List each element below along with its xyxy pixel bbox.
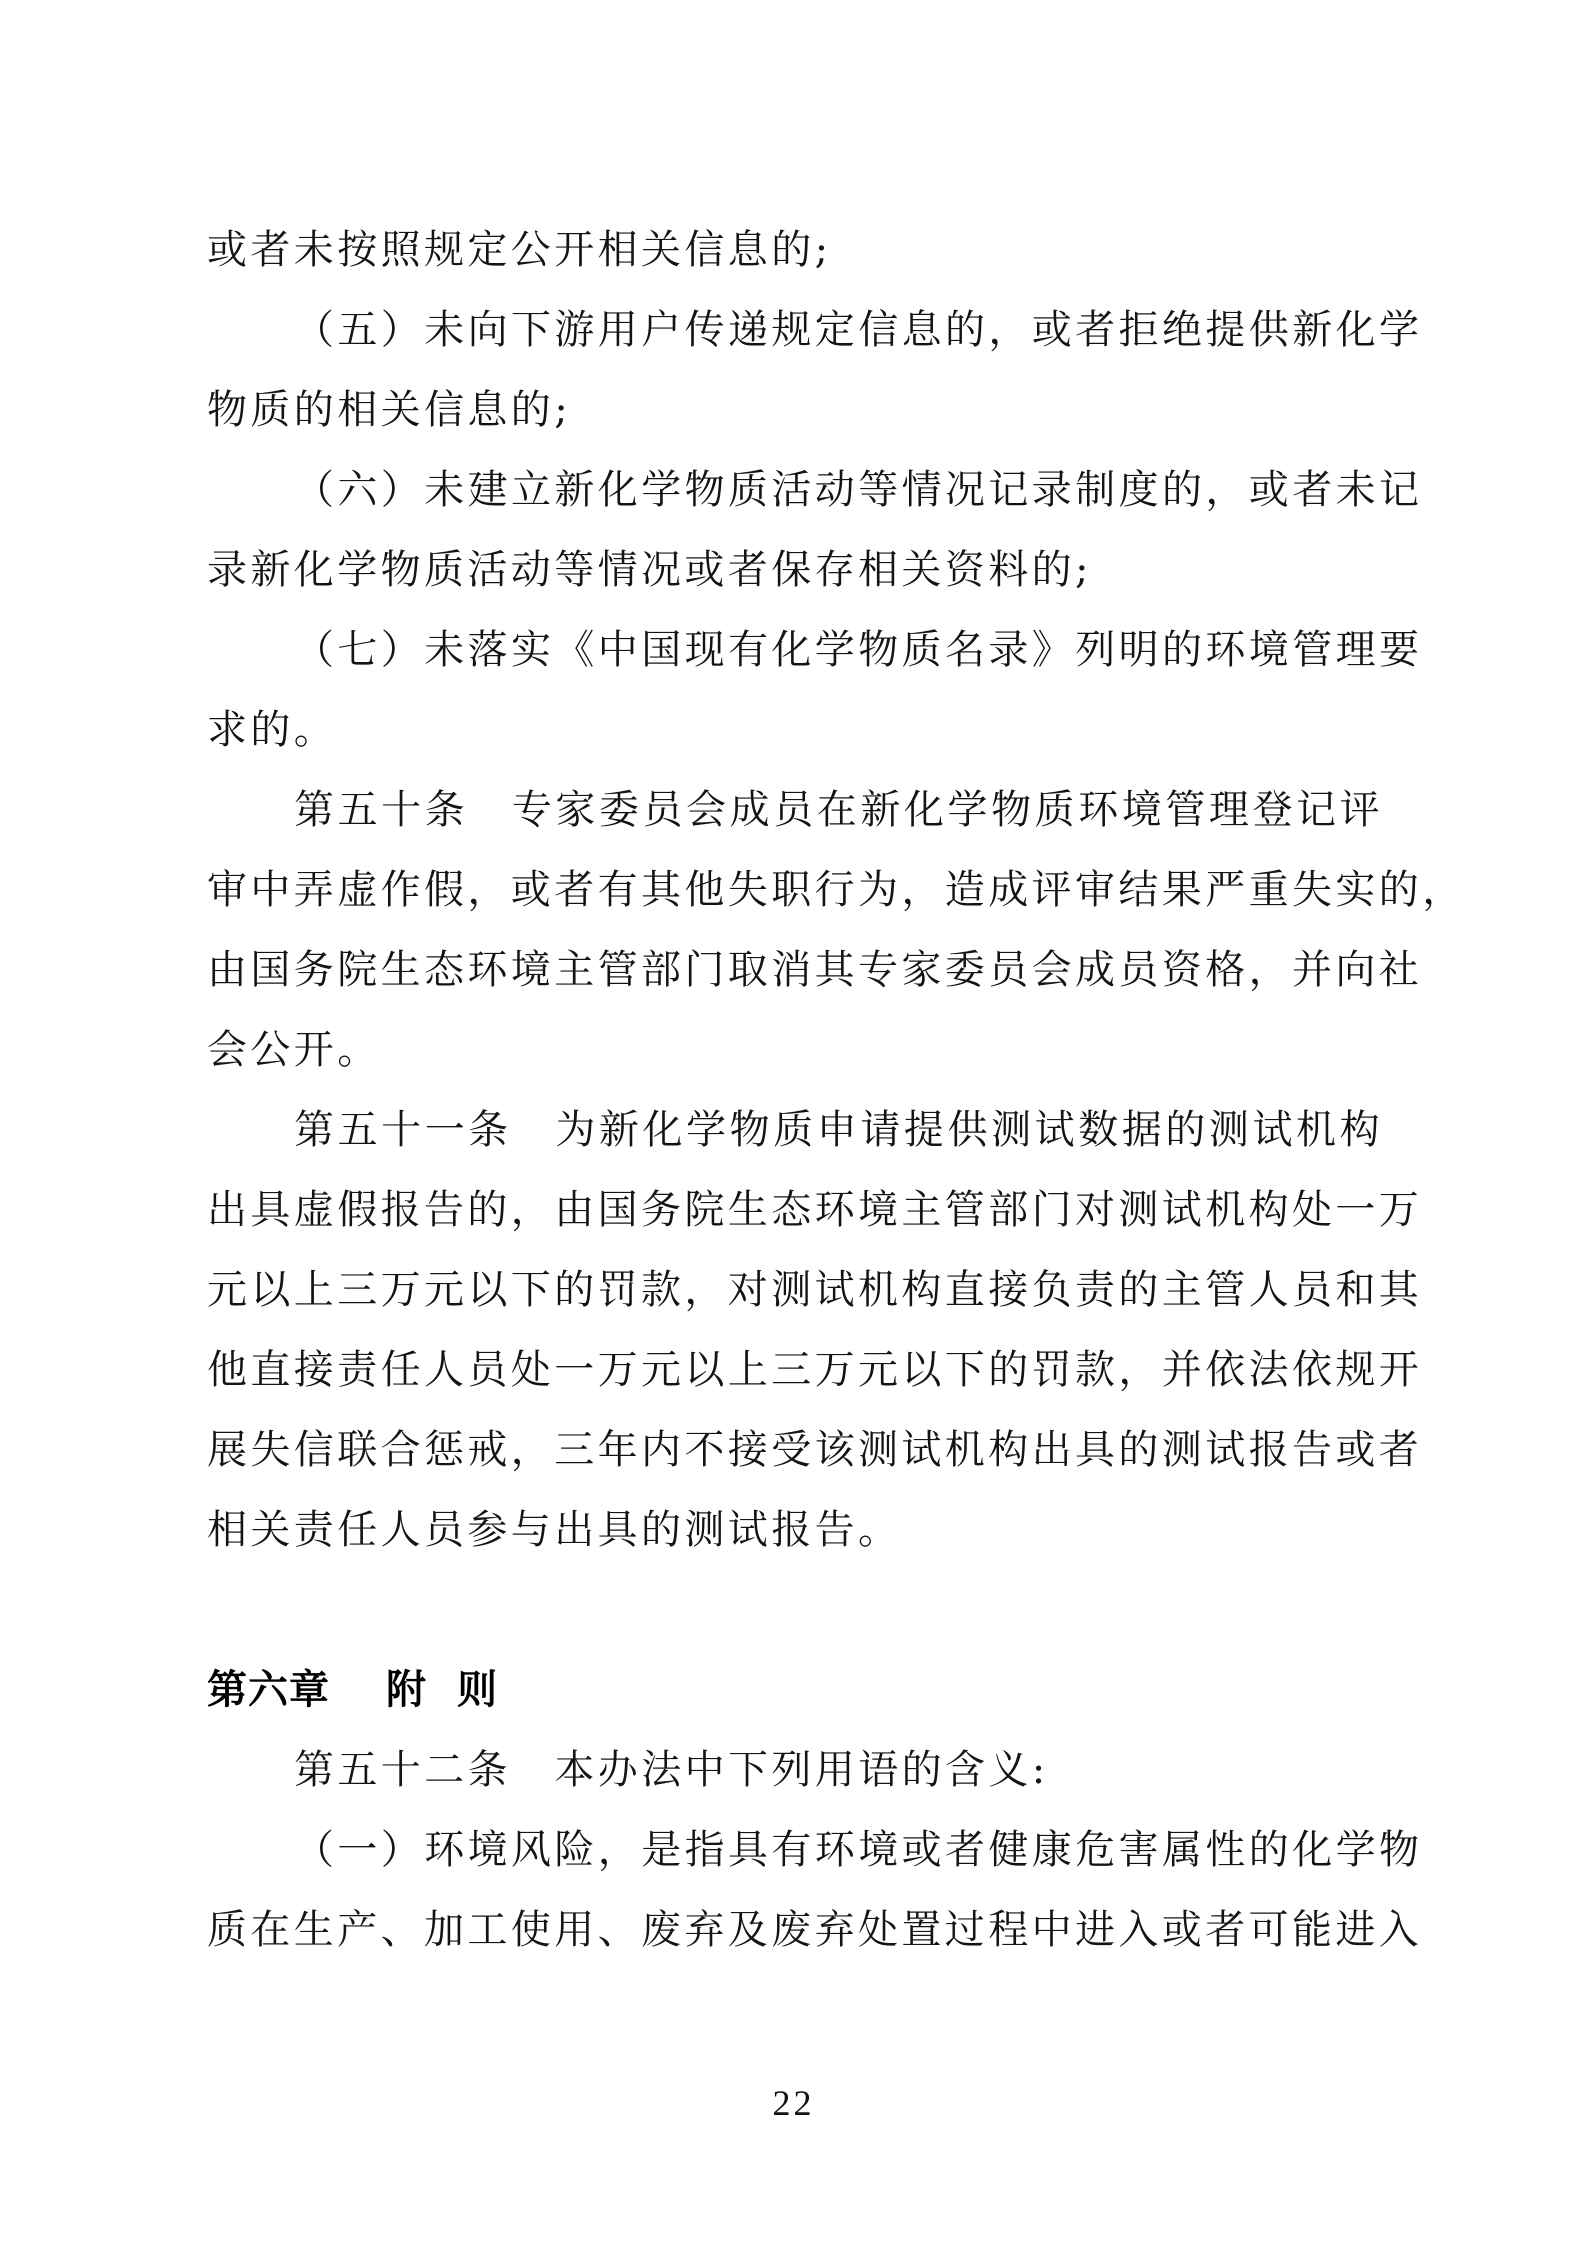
text-line: 展失信联合惩戒，三年内不接受该测试机构出具的测试报告或者 <box>207 1426 1383 1474</box>
chapter-number: 第六章 <box>207 1667 330 1713</box>
article-51-heading-line: 第五十一条 为新化学物质申请提供测试数据的测试机构 <box>294 1106 1383 1154</box>
text-line: 相关责任人员参与出具的测试报告。 <box>207 1506 901 1554</box>
text-line-item-7: （七）未落实《中国现有化学物质名录》列明的环境管理要 <box>294 626 1383 674</box>
text-line-item-5: （五）未向下游用户传递规定信息的，或者拒绝提供新化学 <box>294 306 1383 354</box>
article-50-heading-line: 第五十条 专家委员会成员在新化学物质环境管理登记评 <box>294 786 1383 834</box>
page-number: 22 <box>0 2082 1587 2124</box>
chapter-title-part: 附 <box>386 1667 427 1713</box>
text-line: 审中弄虚作假，或者有其他失职行为，造成评审结果严重失实的， <box>207 866 1383 914</box>
text-line: 由国务院生态环境主管部门取消其专家委员会成员资格，并向社 <box>207 946 1383 994</box>
text-line: 求的。 <box>207 706 337 754</box>
text-line: 会公开。 <box>207 1026 381 1074</box>
text-line-item-6: （六）未建立新化学物质活动等情况记录制度的，或者未记 <box>294 466 1383 514</box>
text-line: 出具虚假报告的，由国务院生态环境主管部门对测试机构处一万 <box>207 1186 1383 1234</box>
chapter-title-part: 则 <box>457 1667 498 1713</box>
text-line: 元以上三万元以下的罚款，对测试机构直接负责的主管人员和其 <box>207 1266 1383 1314</box>
text-line: 录新化学物质活动等情况或者保存相关资料的; <box>207 546 1092 594</box>
text-line: 物质的相关信息的; <box>207 386 571 434</box>
text-line-item-1: （一）环境风险，是指具有环境或者健康危害属性的化学物 <box>294 1826 1383 1874</box>
chapter-heading: 第六章附则 <box>207 1666 498 1714</box>
article-52-heading-line: 第五十二条 本办法中下列用语的含义: <box>294 1746 1049 1794</box>
text-line: 质在生产、加工使用、废弃及废弃处置过程中进入或者可能进入 <box>207 1906 1383 1954</box>
text-line: 他直接责任人员处一万元以上三万元以下的罚款，并依法依规开 <box>207 1346 1383 1394</box>
text-line: 或者未按照规定公开相关信息的; <box>207 226 831 274</box>
